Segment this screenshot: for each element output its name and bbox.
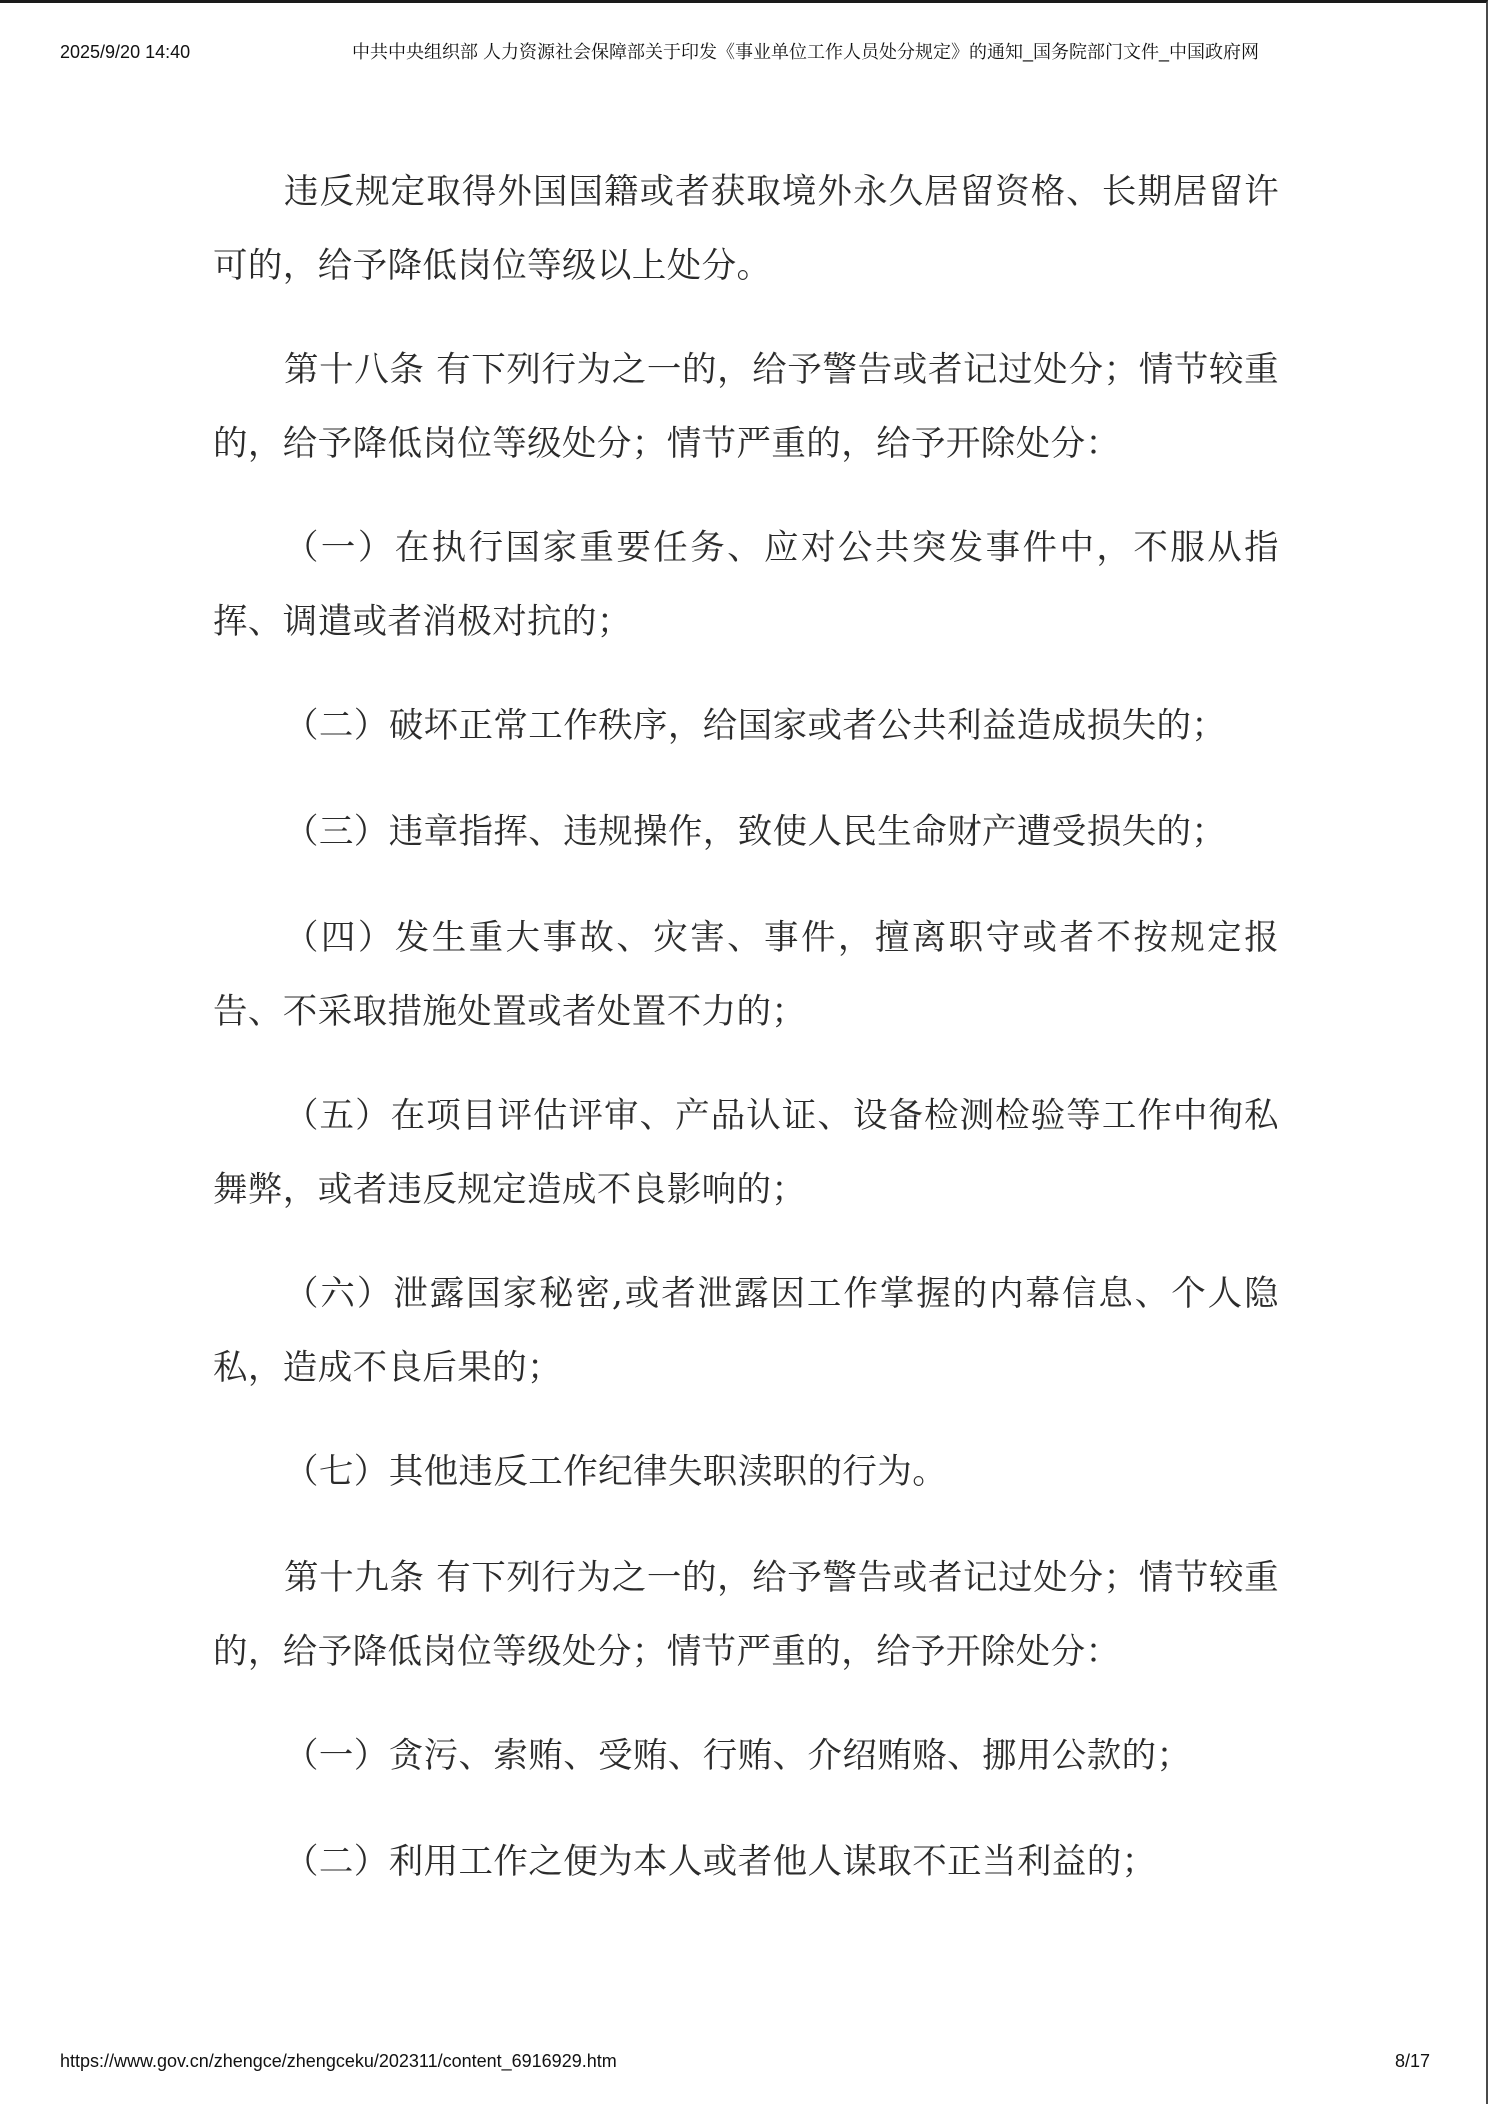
page-number: 8/17	[1395, 2050, 1430, 2072]
article-18-item-5: （五）在项目评估评审、产品认证、设备检测检验等工作中徇私舞弊，或者违反规定造成不…	[213, 1079, 1279, 1227]
print-timestamp: 2025/9/20 14:40	[60, 41, 190, 63]
article-18-item-3: （三）违章指挥、违规操作，致使人民生命财产遭受损失的；	[213, 795, 1279, 869]
article-18-item-2: （二）破坏正常工作秩序，给国家或者公共利益造成损失的；	[213, 689, 1279, 763]
article-18-item-7: （七）其他违反工作纪律失职渎职的行为。	[213, 1435, 1279, 1509]
article-18-item-4: （四）发生重大事故、灾害、事件，擅离职守或者不按规定报告、不采取措施处置或者处置…	[213, 901, 1279, 1049]
article-18-item-1: （一）在执行国家重要任务、应对公共突发事件中，不服从指挥、调遣或者消极对抗的；	[213, 511, 1279, 659]
document-body: 违反规定取得外国国籍或者获取境外永久居留资格、长期居留许可的，给予降低岗位等级以…	[213, 155, 1279, 1931]
article-19-item-2: （二）利用工作之便为本人或者他人谋取不正当利益的；	[213, 1825, 1279, 1899]
article-18-item-6: （六）泄露国家秘密,或者泄露因工作掌握的内幕信息、个人隐私，造成不良后果的；	[213, 1257, 1279, 1405]
page-title: 中共中央组织部 人力资源社会保障部关于印发《事业单位工作人员处分规定》的通知_国…	[352, 41, 1259, 63]
article-18-heading: 第十八条 有下列行为之一的，给予警告或者记过处分；情节较重的，给予降低岗位等级处…	[213, 333, 1279, 481]
paragraph-continuation: 违反规定取得外国国籍或者获取境外永久居留资格、长期居留许可的，给予降低岗位等级以…	[213, 155, 1279, 303]
article-19-heading: 第十九条 有下列行为之一的，给予警告或者记过处分；情节较重的，给予降低岗位等级处…	[213, 1541, 1279, 1689]
article-19-item-1: （一）贪污、索贿、受贿、行贿、介绍贿赂、挪用公款的；	[213, 1719, 1279, 1793]
page-url: https://www.gov.cn/zhengce/zhengceku/202…	[60, 2050, 617, 2072]
